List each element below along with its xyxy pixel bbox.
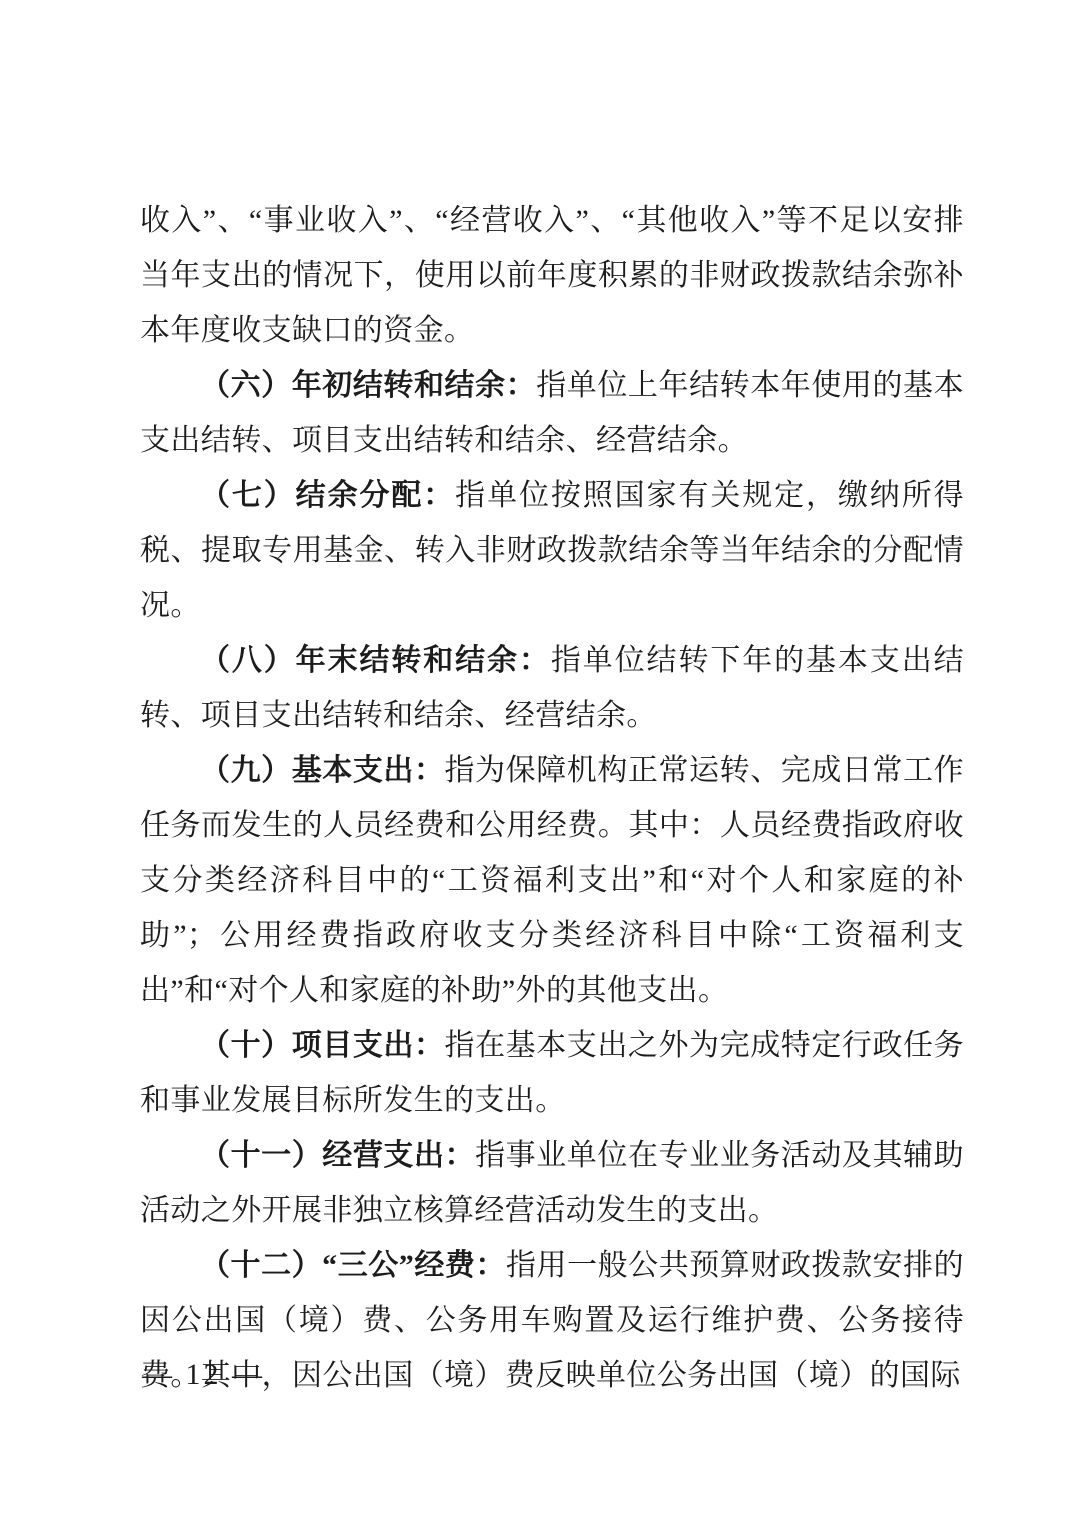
definition-term: （七）结余分配：	[200, 479, 455, 512]
document-page: 收入”、“事业收入”、“经营收入”、“其他收入”等不足以安排当年支出的情况下，使…	[0, 0, 1074, 1520]
document-body: 收入”、“事业收入”、“经营收入”、“其他收入”等不足以安排当年支出的情况下，使…	[140, 193, 964, 1403]
definition-term: （十一）经营支出：	[200, 1139, 475, 1172]
definition-term: （六）年初结转和结余：	[200, 369, 536, 402]
definition-term: （十二）“三公”经费：	[200, 1249, 506, 1282]
definition-text: 指为保障机构正常运转、完成日常工作任务而发生的人员经费和公用经费。其中：人员经费…	[140, 754, 964, 1007]
paragraph-item-11: （十一）经营支出：指事业单位在专业业务活动及其辅助活动之外开展非独立核算经营活动…	[140, 1128, 964, 1238]
definition-term: （九）基本支出：	[200, 754, 445, 787]
page-number: — 12 —	[142, 1358, 265, 1392]
definition-term: （十）项目支出：	[200, 1029, 445, 1062]
paragraph-item-9: （九）基本支出：指为保障机构正常运转、完成日常工作任务而发生的人员经费和公用经费…	[140, 743, 964, 1018]
definition-text: 收入”、“事业收入”、“经营收入”、“其他收入”等不足以安排当年支出的情况下，使…	[140, 204, 964, 347]
definition-term: （八）年末结转和结余：	[200, 644, 551, 677]
paragraph-item-10: （十）项目支出：指在基本支出之外为完成特定行政任务和事业发展目标所发生的支出。	[140, 1018, 964, 1128]
paragraph-continuation: 收入”、“事业收入”、“经营收入”、“其他收入”等不足以安排当年支出的情况下，使…	[140, 193, 964, 358]
paragraph-item-7: （七）结余分配：指单位按照国家有关规定，缴纳所得税、提取专用基金、转入非财政拨款…	[140, 468, 964, 633]
paragraph-item-8: （八）年末结转和结余：指单位结转下年的基本支出结转、项目支出结转和结余、经营结余…	[140, 633, 964, 743]
paragraph-item-6: （六）年初结转和结余：指单位上年结转本年使用的基本支出结转、项目支出结转和结余、…	[140, 358, 964, 468]
